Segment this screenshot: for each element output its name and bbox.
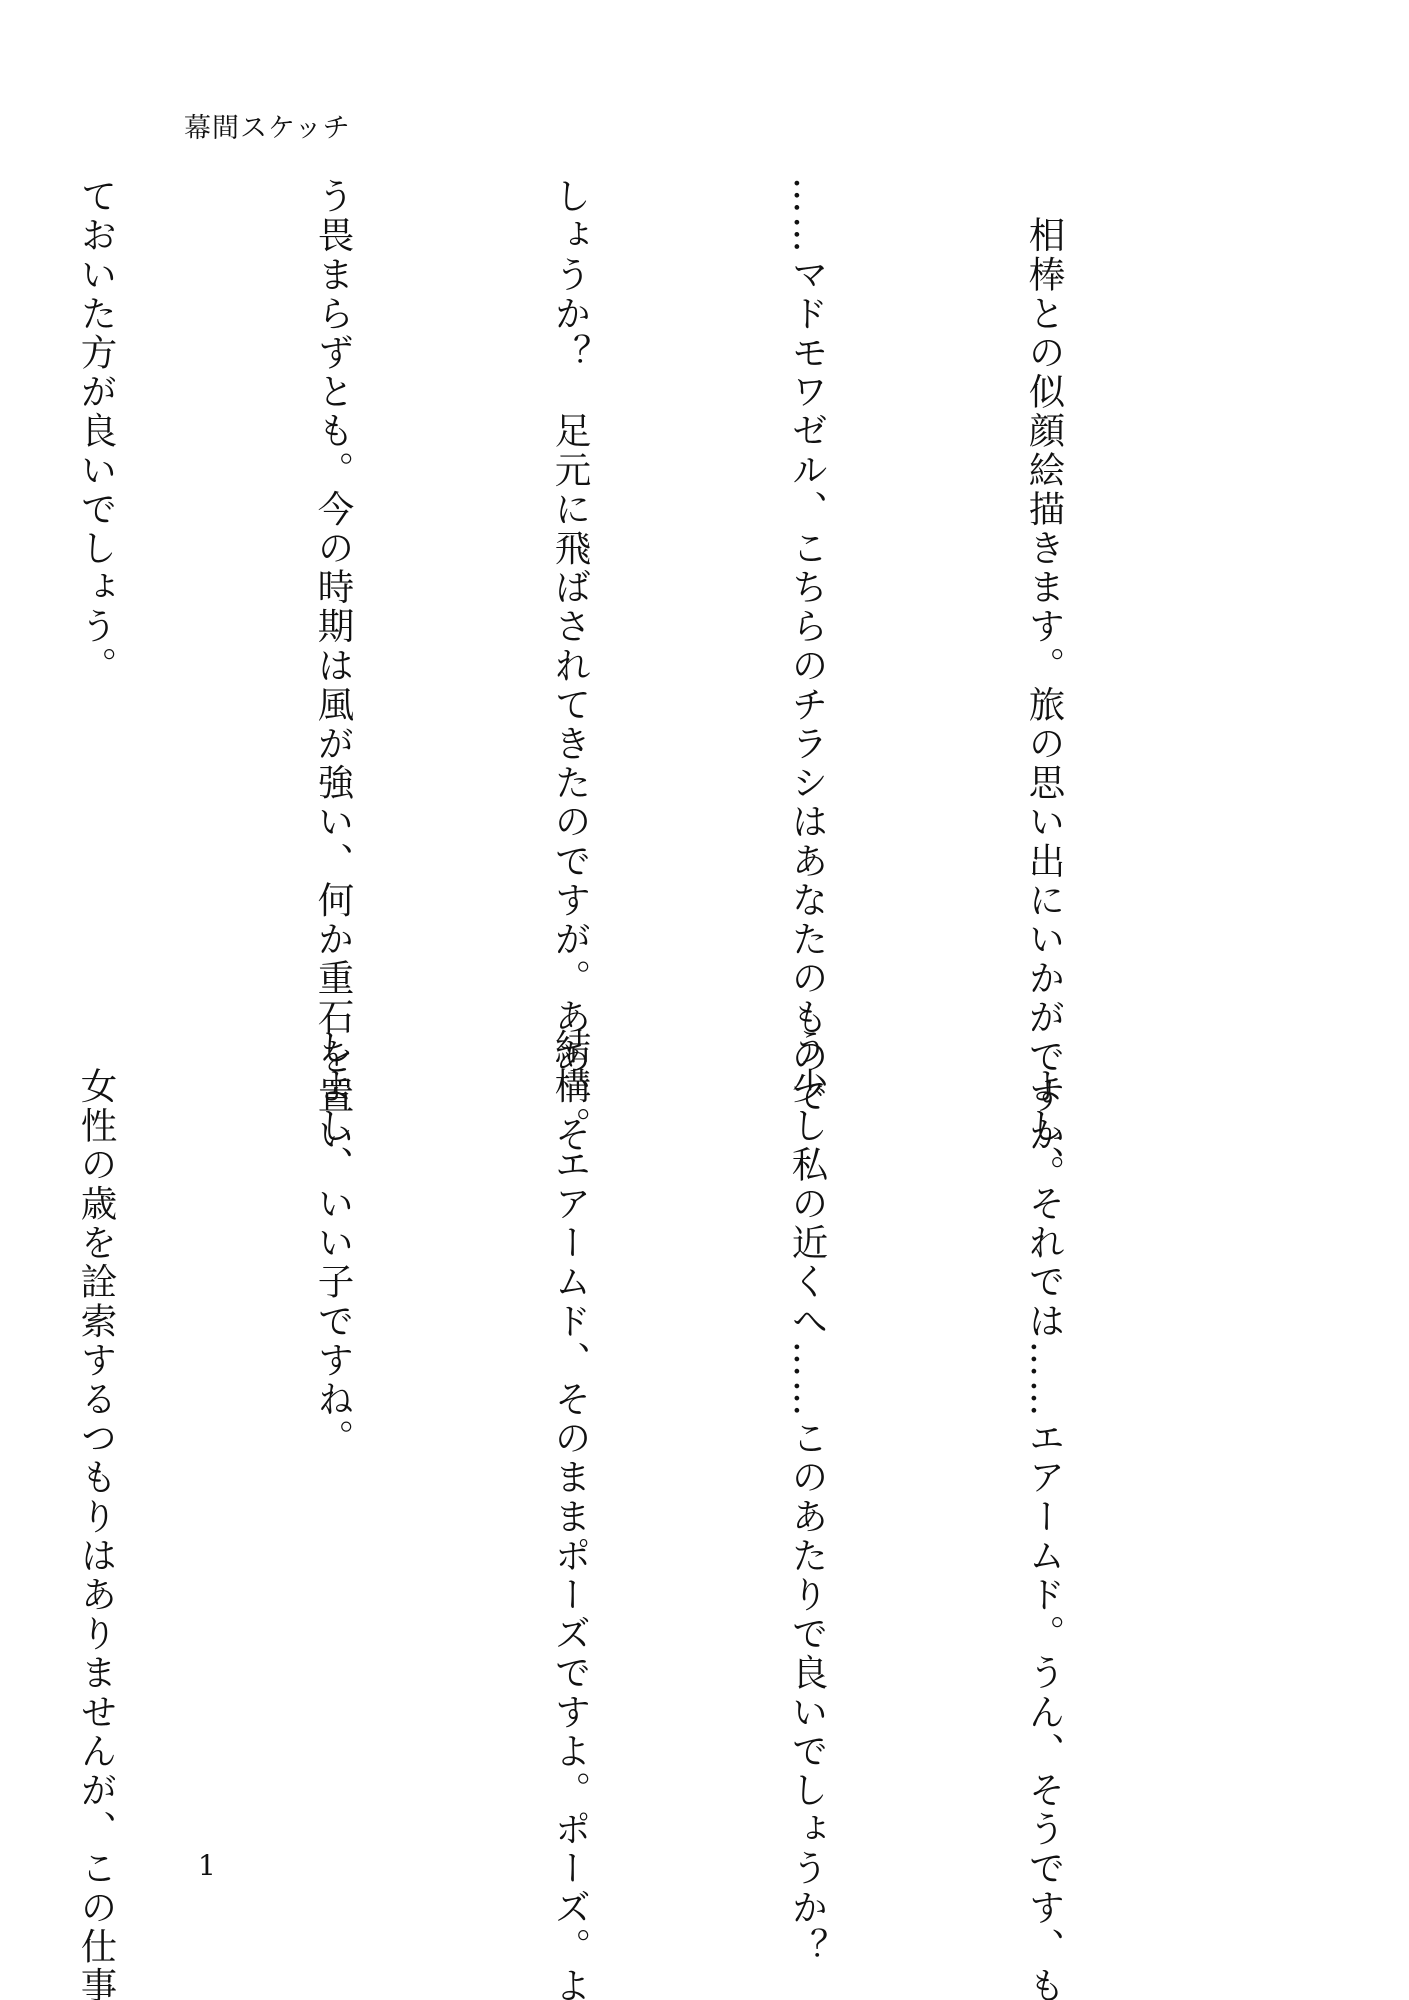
text-column: 相棒との似顔絵描きます。旅の思い出にいかがですか。 (1005, 177, 1084, 997)
page-number: 1 (198, 1852, 216, 1880)
text-column: しよし、いい子ですね。 (294, 1028, 373, 1848)
running-header-title: 幕間スケッチ (184, 115, 351, 142)
text-column: ……マドモワゼル、こちらのチラシはあなたのもので (768, 177, 847, 997)
text-column: しょうか？ 足元に飛ばされてきたのですが。ああ、そ (531, 177, 610, 997)
text-column: 女性の歳を詮索するつもりはありませんが、この仕事 (57, 1028, 136, 1848)
text-column: よし、それでは……エアームド。うん、そうです、も (1005, 1028, 1084, 1848)
lower-text-block: よし、それでは……エアームド。うん、そうです、も う少し私の近くへ……このあたり… (184, 1028, 1242, 1848)
text-column: ておいた方が良いでしょう。 (57, 177, 136, 997)
text-column: 結構。エアームド、そのままポーズですよ。ポーズ。よ (531, 1028, 610, 1848)
text-column: う畏まらずとも。今の時期は風が強い、何か重石を置い (294, 177, 373, 997)
text-column: う少し私の近くへ……このあたりで良いでしょうか？ (768, 1028, 847, 1848)
upper-text-block: 相棒との似顔絵描きます。旅の思い出にいかがですか。 ……マドモワゼル、こちらのチ… (184, 177, 1242, 997)
